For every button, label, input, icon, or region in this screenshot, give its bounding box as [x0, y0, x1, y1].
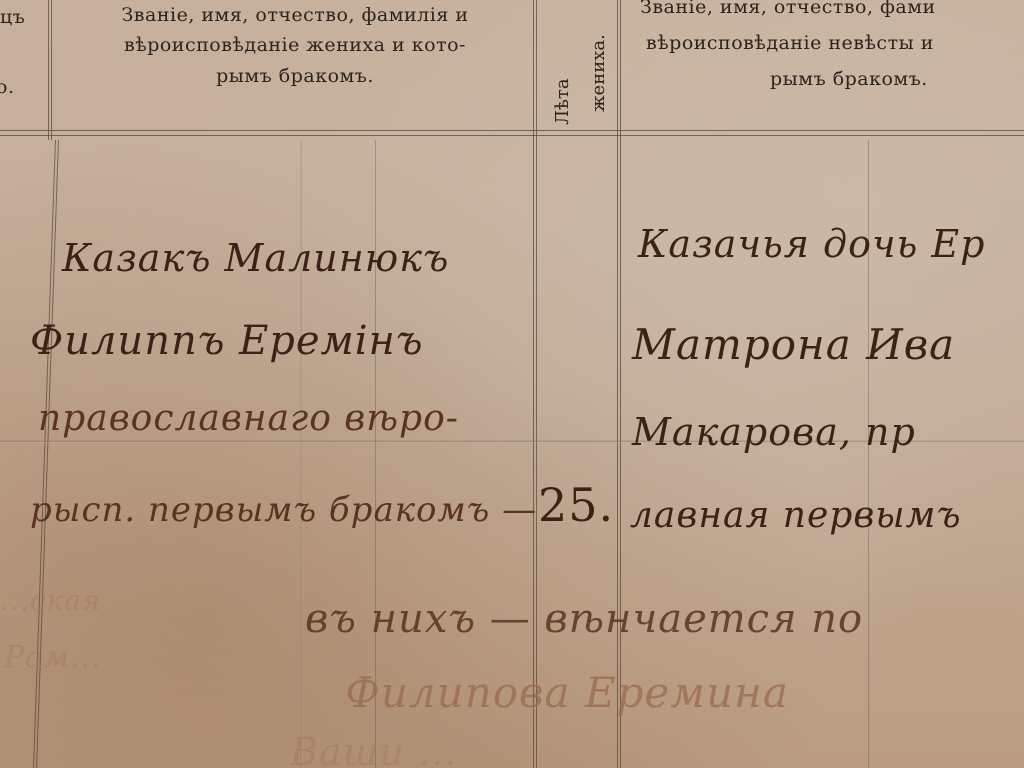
bride-line-3: Макарова, пр	[632, 410, 916, 454]
bride-header-line-2: вѣроисповѣданіе невѣсты и	[646, 30, 1024, 56]
notes-line-1: въ нихъ — вѣнчается по	[305, 596, 863, 642]
groom-age-header-line-1: Лѣта	[552, 78, 573, 125]
groom-header-line-3: рымъ бракомъ.	[80, 63, 510, 89]
column-rule-age-left-a	[533, 0, 534, 768]
groom-header-line-1: Званіе, имя, отчество, фамилія и	[80, 2, 510, 28]
notes-left-fragment-2: Рам...	[4, 640, 102, 675]
document-page: цъ о. Званіе, имя, отчество, фамилія и в…	[0, 0, 1024, 768]
header-rule-bottom	[0, 135, 1024, 136]
bride-line-1: Казачья дочь Ер	[638, 222, 985, 266]
notes-line-2: Филипова Еремина	[345, 668, 789, 717]
column-rule-age-right-b	[620, 0, 621, 768]
groom-line-3: православнаго вѣро-	[38, 398, 459, 439]
groom-line-1: Казакъ Малинюкъ	[62, 236, 449, 280]
groom-header-line-2: вѣроисповѣданіе жениха и кото-	[80, 32, 510, 58]
bride-line-4: лавная первымъ	[630, 495, 961, 536]
column-rule-left-a	[48, 0, 49, 140]
bride-header-line-3: рымъ бракомъ.	[770, 66, 990, 92]
groom-age-value: 25.	[538, 478, 614, 532]
column-rule-left-b	[51, 0, 52, 140]
notes-line-3: Ваши ...	[290, 730, 457, 768]
bride-header-line-1: Званіе, имя, отчество, фами	[640, 0, 1024, 20]
header-left-fragment-2: о.	[0, 74, 14, 100]
column-rule-age-right-a	[617, 0, 618, 768]
groom-age-header-line-2: жениха.	[588, 34, 609, 112]
fold-crease-vertical	[300, 140, 303, 768]
header-rule-top	[0, 130, 1024, 131]
column-rule-age-left-b	[536, 0, 537, 768]
header-left-fragment-1: цъ	[0, 4, 25, 30]
groom-line-2: Филиппъ Еремінъ	[30, 318, 424, 364]
bride-line-2: Матрона Ива	[632, 320, 955, 369]
notes-left-fragment-1: ...ская	[0, 584, 101, 617]
groom-line-4: рысп. первымъ бракомъ —	[30, 490, 537, 530]
